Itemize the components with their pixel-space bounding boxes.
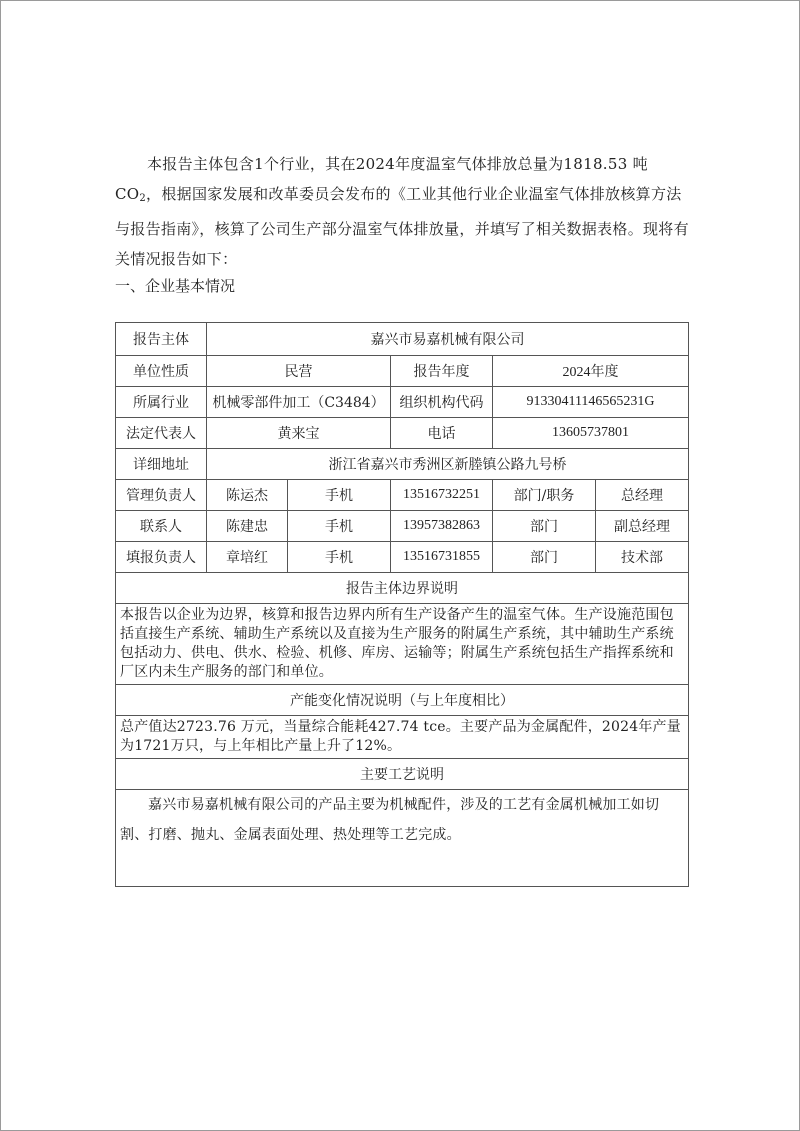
value-unit-nature: 民营: [207, 356, 391, 387]
label-legal-rep: 法定代表人: [116, 418, 207, 449]
label-industry: 所属行业: [116, 387, 207, 418]
contact-name: 章培红: [207, 542, 288, 573]
capacity-text: 总产值达2723.76 万元，当量综合能耗427.74 tce。主要产品为金属配…: [116, 716, 689, 759]
value-address: 浙江省嘉兴市秀洲区新塍镇公路九号桥: [207, 449, 689, 480]
contact-row: 管理负责人 陈运杰 手机 13516732251 部门/职务 总经理: [116, 480, 689, 511]
table-row: 总产值达2723.76 万元，当量综合能耗427.74 tce。主要产品为金属配…: [116, 716, 689, 759]
value-legal-rep: 黄来宝: [207, 418, 391, 449]
section-heading: 一、企业基本情况: [115, 271, 235, 301]
enterprise-info-table: 报告主体 嘉兴市易嘉机械有限公司 单位性质 民营 报告年度 2024年度 所属行…: [115, 322, 689, 887]
contact-dept-label: 部门: [493, 511, 596, 542]
table-row: 详细地址 浙江省嘉兴市秀洲区新塍镇公路九号桥: [116, 449, 689, 480]
boundary-text: 本报告以企业为边界，核算和报告边界内所有生产设备产生的温室气体。生产设施范围包括…: [116, 604, 689, 685]
table-row: 产能变化情况说明（与上年度相比）: [116, 685, 689, 716]
table-row: 单位性质 民营 报告年度 2024年度: [116, 356, 689, 387]
capacity-title: 产能变化情况说明（与上年度相比）: [116, 685, 689, 716]
contact-phone: 13516731855: [391, 542, 493, 573]
contact-row: 联系人 陈建忠 手机 13957382863 部门 副总经理: [116, 511, 689, 542]
contact-role: 管理负责人: [116, 480, 207, 511]
label-phone: 电话: [391, 418, 493, 449]
contact-name: 陈运杰: [207, 480, 288, 511]
contact-phone: 13516732251: [391, 480, 493, 511]
table-row: 嘉兴市易嘉机械有限公司的产品主要为机械配件，涉及的工艺有金属机械加工如切割、打磨…: [116, 790, 689, 887]
label-reporting-entity: 报告主体: [116, 323, 207, 356]
value-reporting-entity: 嘉兴市易嘉机械有限公司: [207, 323, 689, 356]
contact-row: 填报负责人 章培红 手机 13516731855 部门 技术部: [116, 542, 689, 573]
table-row: 报告主体边界说明: [116, 573, 689, 604]
intro-text-part2: ，根据国家发展和改革委员会发布的《工业其他行业企业温室气体排放核算方法与报告指南…: [115, 185, 689, 268]
label-unit-nature: 单位性质: [116, 356, 207, 387]
value-report-year: 2024年度: [493, 356, 689, 387]
table-row: 法定代表人 黄来宝 电话 13605737801: [116, 418, 689, 449]
process-text: 嘉兴市易嘉机械有限公司的产品主要为机械配件，涉及的工艺有金属机械加工如切割、打磨…: [116, 790, 689, 887]
label-address: 详细地址: [116, 449, 207, 480]
contact-name: 陈建忠: [207, 511, 288, 542]
contact-dept-label: 部门/职务: [493, 480, 596, 511]
contact-dept: 副总经理: [596, 511, 689, 542]
label-report-year: 报告年度: [391, 356, 493, 387]
contact-dept-label: 部门: [493, 542, 596, 573]
value-phone: 13605737801: [493, 418, 689, 449]
process-title: 主要工艺说明: [116, 759, 689, 790]
contact-role: 联系人: [116, 511, 207, 542]
contact-dept: 总经理: [596, 480, 689, 511]
contact-phone: 13957382863: [391, 511, 493, 542]
boundary-title: 报告主体边界说明: [116, 573, 689, 604]
table-row: 报告主体 嘉兴市易嘉机械有限公司: [116, 323, 689, 356]
table-row: 主要工艺说明: [116, 759, 689, 790]
contact-phone-label: 手机: [288, 542, 391, 573]
value-org-code: 91330411146565231G: [493, 387, 689, 418]
contact-phone-label: 手机: [288, 511, 391, 542]
contact-phone-label: 手机: [288, 480, 391, 511]
contact-dept: 技术部: [596, 542, 689, 573]
contact-role: 填报负责人: [116, 542, 207, 573]
label-org-code: 组织机构代码: [391, 387, 493, 418]
document-page: 本报告主体包含1个行业，其在2024年度温室气体排放总量为1818.53 吨CO…: [0, 0, 800, 1131]
intro-paragraph: 本报告主体包含1个行业，其在2024年度温室气体排放总量为1818.53 吨CO…: [115, 149, 689, 274]
table-row: 所属行业 机械零部件加工（C3484） 组织机构代码 9133041114656…: [116, 387, 689, 418]
table-row: 本报告以企业为边界，核算和报告边界内所有生产设备产生的温室气体。生产设施范围包括…: [116, 604, 689, 685]
value-industry: 机械零部件加工（C3484）: [207, 387, 391, 418]
